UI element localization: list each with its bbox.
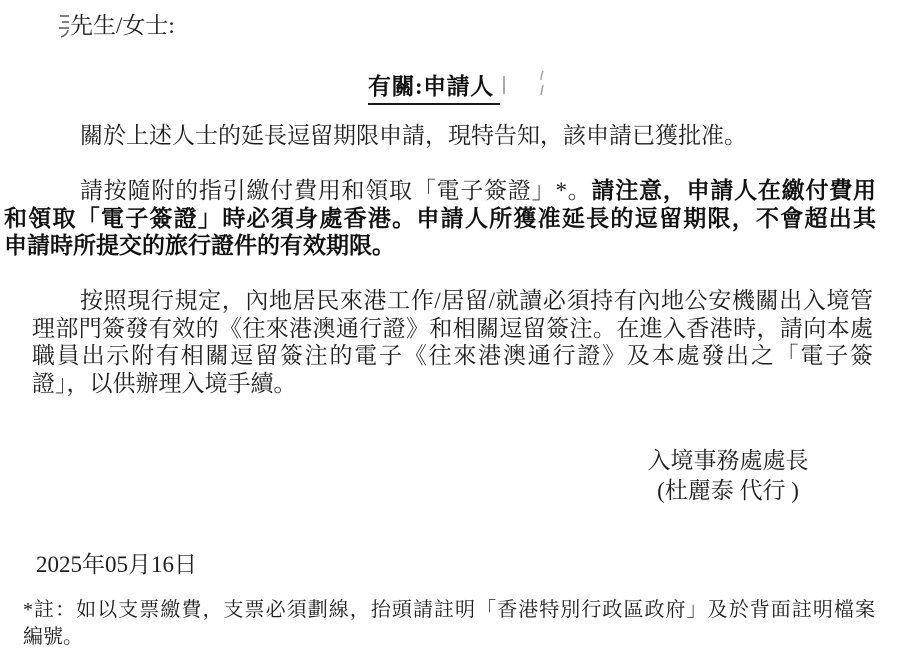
paragraph-line: 理部門簽發有效的《往來港澳通行證》和相關逗留簽注。在進入香港時，請向本處 bbox=[32, 315, 873, 343]
paragraph-line: 申請時所提交的旅行證件的有效期限。 bbox=[4, 232, 876, 260]
document-page: 先生/女士: 有關:申請人 關於上述人士的延長逗留期限申請，現特告知，該申請已獲… bbox=[0, 0, 897, 664]
paragraph-line: 按照現行規定，內地居民來港工作/居留/就讀必須持有內地公安機關出入境管 bbox=[32, 287, 873, 315]
date-line: 2025年05月16日 bbox=[36, 551, 197, 579]
salutation-text: 先生/女士: bbox=[70, 12, 175, 40]
paragraph-line: 請按隨附的指引繳付費用和領取「電子簽證」*。請注意，申請人在繳付費用 bbox=[4, 177, 876, 205]
paragraph-line: 職員出示附有相關逗留簽注的電子《往來港澳通行證》及本處發出之「電子簽 bbox=[32, 342, 873, 370]
paragraph-line: 和領取「電子簽證」時必須身處香港。申請人所獲准延長的逗留期限，不會超出其 bbox=[4, 205, 876, 233]
footnote-line: 編號。 bbox=[23, 624, 875, 651]
signature-signer: (杜麗泰 代行 ) bbox=[620, 476, 836, 506]
paragraph-approval: 關於上述人士的延長逗留期限申請，現特告知，該申請已獲批准。 bbox=[32, 122, 873, 150]
signature-org-title: 入境事務處處長 bbox=[620, 446, 836, 476]
payment-bold-segment: 請注意，申請人在繳付費用 bbox=[592, 178, 877, 203]
subject-line: 有關:申請人 bbox=[368, 68, 556, 105]
payment-normal-segment: 請按隨附的指引繳付費用和領取「電子簽證」*。 bbox=[80, 178, 592, 203]
paragraph-payment: 請按隨附的指引繳付費用和領取「電子簽證」*。請注意，申請人在繳付費用 和領取「電… bbox=[4, 177, 876, 260]
footnote-line: *註：如以支票繳費，支票必須劃線，抬頭請註明「香港特別行政區政府」及於背面註明檔… bbox=[23, 597, 875, 624]
subject-text: 有關:申請人 bbox=[368, 68, 500, 105]
redacted-recipient-name-mark bbox=[55, 13, 70, 39]
paragraph-line: 關於上述人士的延長逗留期限申請，現特告知，該申請已獲批准。 bbox=[32, 122, 873, 150]
recipient-salutation: 先生/女士: bbox=[55, 12, 175, 40]
signature-block: 入境事務處處長 (杜麗泰 代行 ) bbox=[620, 446, 836, 505]
paragraph-regulations: 按照現行規定，內地居民來港工作/居留/就讀必須持有內地公安機關出入境管 理部門簽… bbox=[32, 287, 873, 397]
redacted-applicant-name-mark bbox=[500, 68, 556, 98]
paragraph-line: 證」，以供辦理入境手續。 bbox=[32, 370, 873, 398]
footnote: *註：如以支票繳費，支票必須劃線，抬頭請註明「香港特別行政區政府」及於背面註明檔… bbox=[23, 597, 875, 650]
